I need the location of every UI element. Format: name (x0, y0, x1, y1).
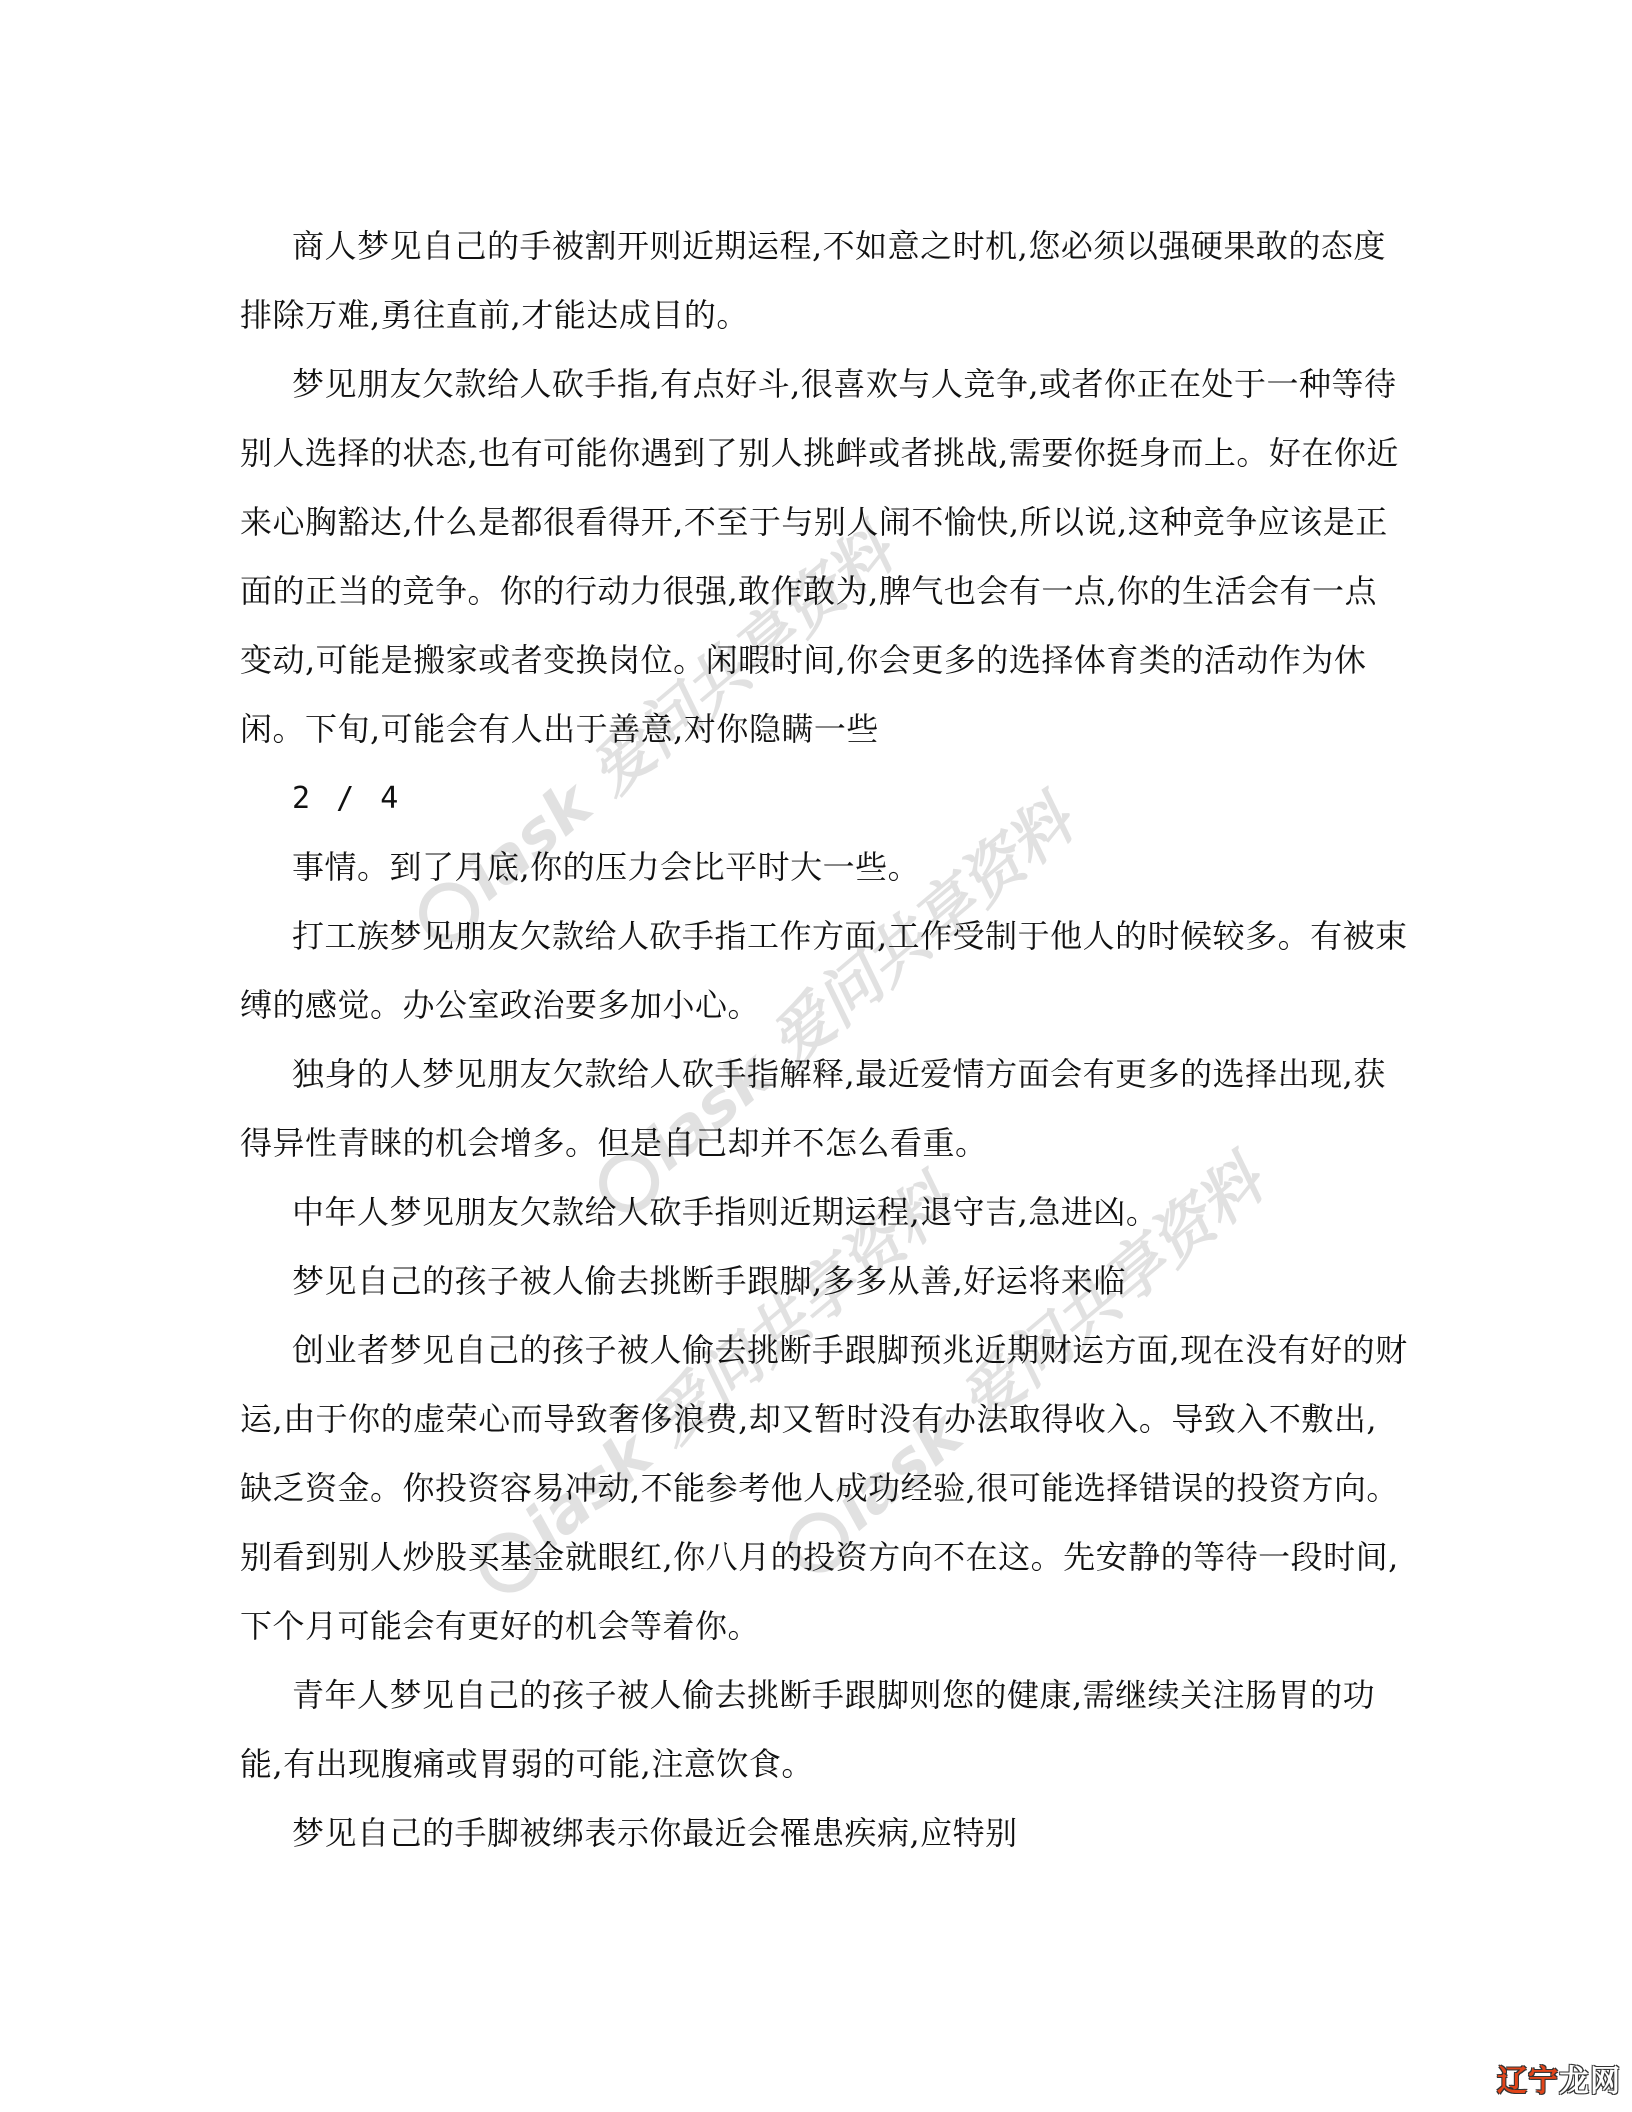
text-line: 梦见朋友欠款给人砍手指,有点好斗,很喜欢与人竞争,或者你正在处于一种等待 (240, 350, 1390, 419)
text-line: 排除万难,勇往直前,才能达成目的。 (240, 281, 1390, 350)
text-line: 商人梦见自己的手被割开则近期运程,不如意之时机,您必须以强硬果敢的态度 (240, 212, 1390, 281)
document-body: 商人梦见自己的手被割开则近期运程,不如意之时机,您必须以强硬果敢的态度 排除万难… (240, 212, 1390, 1868)
text-line: 别看到别人炒股买基金就眼红,你八月的投资方向不在这。先安静的等待一段时间, (240, 1523, 1390, 1592)
text-line: 运,由于你的虚荣心而导致奢侈浪费,却又暂时没有办法取得收入。导致入不敷出, (240, 1385, 1390, 1454)
text-line: 事情。到了月底,你的压力会比平时大一些。 (240, 833, 1390, 902)
document-page: iask 爱问共享资料 iask 爱问共享资料 iask 爱问共享资料 iask… (0, 0, 1632, 2112)
text-line: 青年人梦见自己的孩子被人偷去挑断手跟脚则您的健康,需继续关注肠胃的功 (240, 1661, 1390, 1730)
text-line: 得异性青睐的机会增多。但是自己却并不怎么看重。 (240, 1109, 1390, 1178)
text-line: 缚的感觉。办公室政治要多加小心。 (240, 971, 1390, 1040)
text-line: 来心胸豁达,什么是都很看得开,不至于与别人闹不愉快,所以说,这种竞争应该是正 (240, 488, 1390, 557)
text-line: 缺乏资金。你投资容易冲动,不能参考他人成功经验,很可能选择错误的投资方向。 (240, 1454, 1390, 1523)
text-line: 闲。下旬,可能会有人出于善意,对你隐瞒一些 (240, 695, 1390, 764)
text-line: 下个月可能会有更好的机会等着你。 (240, 1592, 1390, 1661)
page-number: 2 / 4 (240, 764, 1390, 833)
site-logo: 辽宁龙网 (1497, 2056, 1621, 2100)
text-line: 创业者梦见自己的孩子被人偷去挑断手跟脚预兆近期财运方面,现在没有好的财 (240, 1316, 1390, 1385)
text-line: 别人选择的状态,也有可能你遇到了别人挑衅或者挑战,需要你挺身而上。好在你近 (240, 419, 1390, 488)
text-line: 中年人梦见朋友欠款给人砍手指则近期运程,退守吉,急进凶。 (240, 1178, 1390, 1247)
text-line: 能,有出现腹痛或胃弱的可能,注意饮食。 (240, 1730, 1390, 1799)
text-line: 打工族梦见朋友欠款给人砍手指工作方面,工作受制于他人的时候较多。有被束 (240, 902, 1390, 971)
text-line: 梦见自己的孩子被人偷去挑断手跟脚,多多从善,好运将来临 (240, 1247, 1390, 1316)
text-line: 变动,可能是搬家或者变换岗位。闲暇时间,你会更多的选择体育类的活动作为休 (240, 626, 1390, 695)
text-line: 梦见自己的手脚被绑表示你最近会罹患疾病,应特别 (240, 1799, 1390, 1868)
site-logo-part2: 龙网 (1559, 2064, 1621, 2099)
text-line: 独身的人梦见朋友欠款给人砍手指解释,最近爱情方面会有更多的选择出现,获 (240, 1040, 1390, 1109)
site-logo-part1: 辽宁 (1497, 2064, 1559, 2099)
text-line: 面的正当的竞争。你的行动力很强,敢作敢为,脾气也会有一点,你的生活会有一点 (240, 557, 1390, 626)
